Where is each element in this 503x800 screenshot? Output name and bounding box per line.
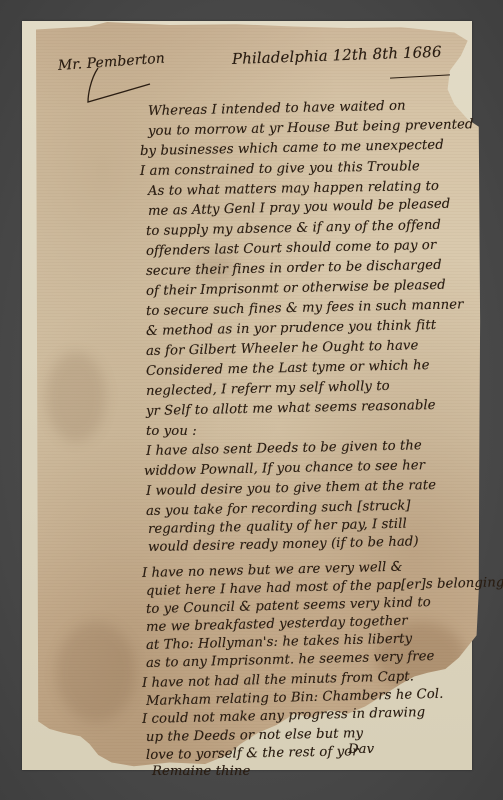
letter-line: offenders last Court should come to pay …: [146, 238, 437, 260]
letter-line: to secure such fines & my fees in such m…: [146, 297, 464, 320]
letter-line: me as Atty Genl I pray you would be plea…: [148, 197, 451, 220]
letter-line: neglected, I referr my self wholly to: [146, 379, 390, 400]
letter-line: secure their fines in order to be discha…: [146, 258, 442, 280]
letter-line: of their Imprisonmt or otherwise be plea…: [146, 278, 446, 300]
letter-line: & method as in yor prudence you think fi…: [146, 318, 437, 340]
letter-line: Considered me the Last tyme or which he: [146, 358, 430, 380]
letter-line: by businesses which came to me unexpecte…: [140, 138, 444, 160]
letter-line: I have also sent Deeds to be given to th…: [146, 438, 422, 460]
letter-line: would desire ready money (if to be had): [148, 534, 419, 556]
letter-line: widdow Pownall, If you chance to see her: [144, 458, 425, 480]
letter-line: I would desire you to give them at the r…: [146, 478, 436, 500]
letter-line: as for Gilbert Wheeler he Ought to have: [146, 338, 419, 360]
letter-line: love to yorself & the rest of yor: [146, 744, 359, 764]
date-underline: [390, 74, 450, 78]
letter-line: to you :: [146, 424, 197, 440]
scan-mat-background: Mr. Pemberton Philadelphia 12th 8th 1686…: [0, 0, 503, 800]
letter-text: Mr. Pemberton Philadelphia 12th 8th 1686…: [0, 0, 503, 800]
letter-line: I am constrained to give you this Troubl…: [140, 159, 420, 180]
letter-closing: Remaine thine: [152, 764, 250, 780]
letter-line: As to what matters may happen relating t…: [148, 179, 439, 200]
letter-line: up the Deeds or not else but my: [146, 726, 363, 746]
letter-signature: Dav: [348, 742, 374, 758]
dateline: Philadelphia 12th 8th 1686: [232, 43, 442, 68]
addressee-flourish: [86, 66, 166, 106]
letter-line: you to morrow at yr House But being prev…: [148, 117, 474, 140]
letter-line: yr Self to allott me what seems reasonab…: [146, 398, 436, 420]
letter-line: Whereas I intended to have waited on: [148, 99, 406, 120]
letter-line: to supply my absence & if any of the off…: [146, 218, 441, 240]
